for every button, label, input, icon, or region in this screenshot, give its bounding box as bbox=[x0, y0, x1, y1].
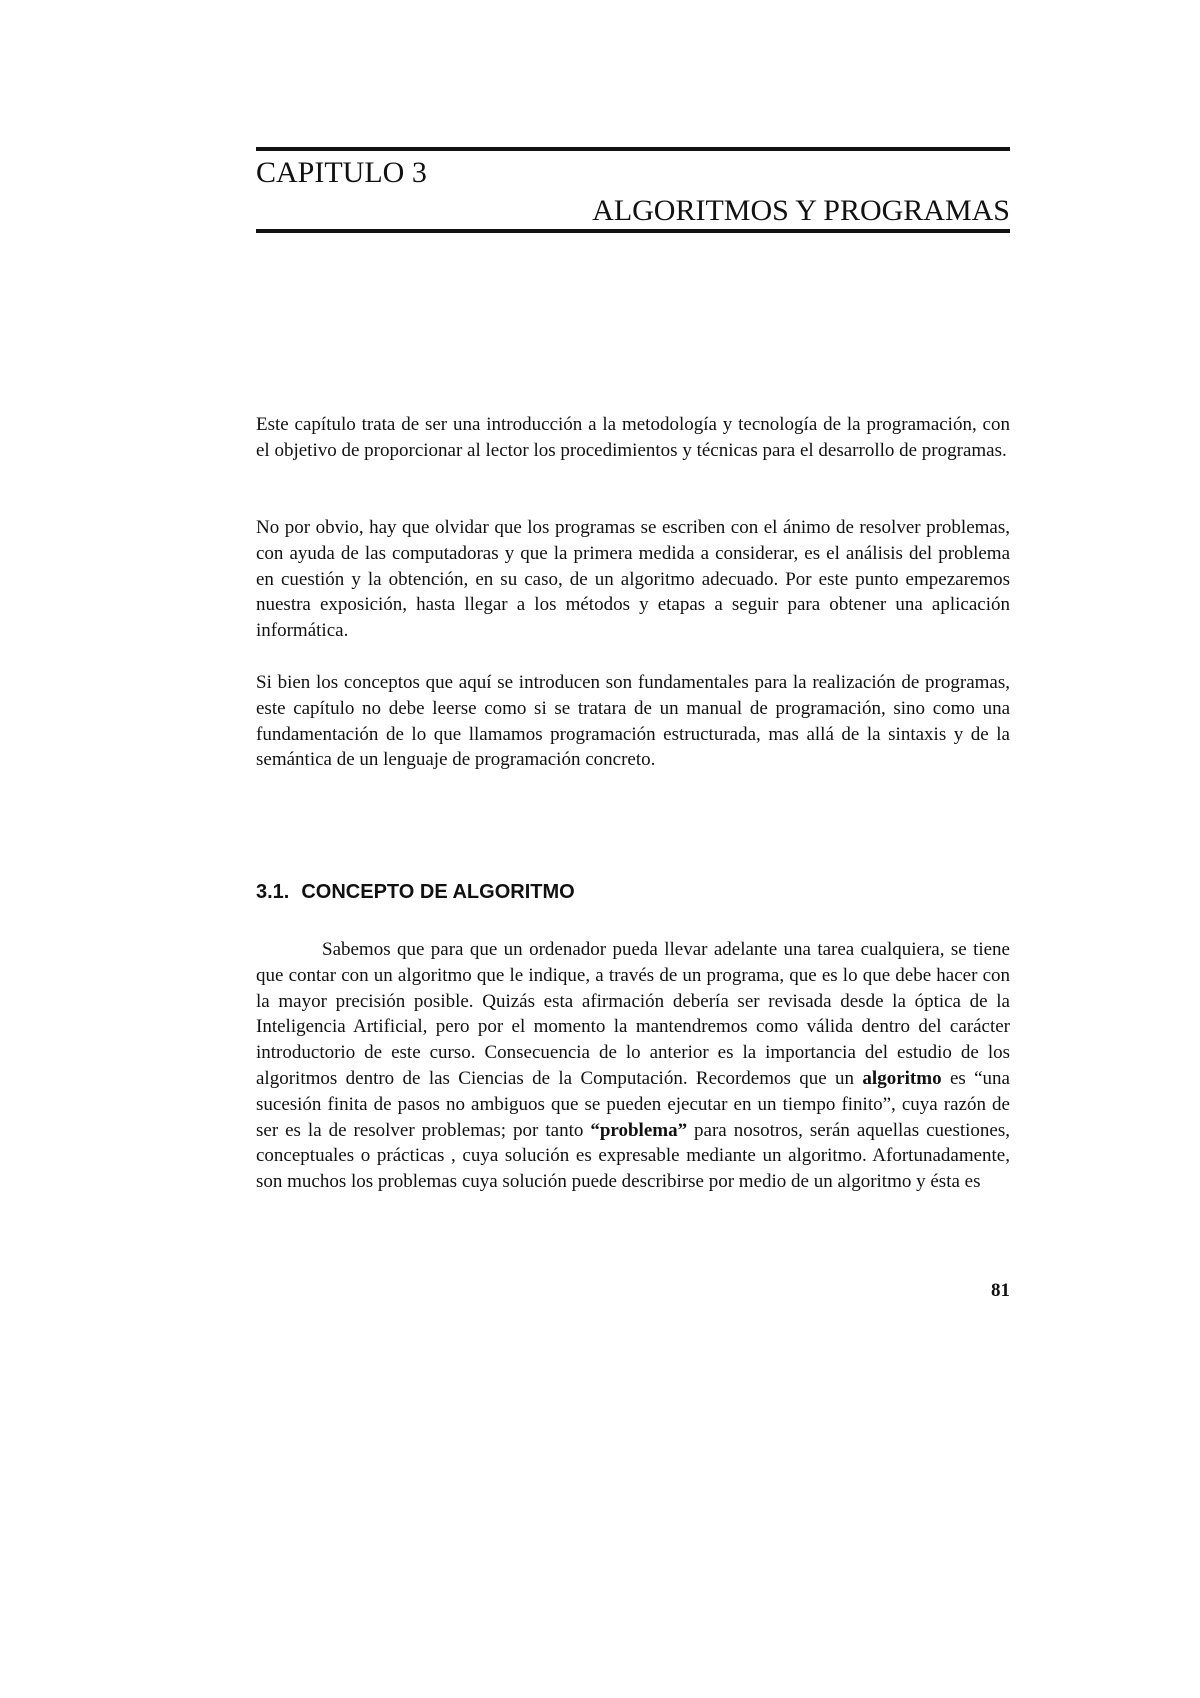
section-paragraph-1: Sabemos que para que un ordenador pueda … bbox=[256, 937, 1010, 1220]
header-bottom-rule bbox=[256, 229, 1010, 233]
intro-paragraph-3: Si bien los conceptos que aquí se introd… bbox=[256, 670, 1010, 798]
paragraph-text: Sabemos que para que un ordenador pueda … bbox=[256, 937, 1010, 1195]
bold-term-problema: “problema” bbox=[590, 1120, 687, 1141]
chapter-title: ALGORITMOS Y PROGRAMAS bbox=[592, 194, 1010, 228]
intro-paragraph-2: No por obvio, hay que olvidar que los pr… bbox=[256, 515, 1010, 669]
header-top-rule bbox=[256, 147, 1010, 151]
intro-paragraph-1: Este capítulo trata de ser una introducc… bbox=[256, 412, 1010, 489]
text-run: Sabemos que para que un ordenador pueda … bbox=[256, 939, 1010, 1089]
section-heading: 3.1.CONCEPTO DE ALGORITMO bbox=[256, 879, 575, 905]
bold-term-algoritmo: algoritmo bbox=[862, 1068, 941, 1089]
chapter-label: CAPITULO 3 bbox=[256, 156, 427, 190]
paragraph-text: Si bien los conceptos que aquí se introd… bbox=[256, 670, 1010, 773]
paragraph-text: Este capítulo trata de ser una introducc… bbox=[256, 412, 1010, 464]
paragraph-text: No por obvio, hay que olvidar que los pr… bbox=[256, 515, 1010, 644]
page-number: 81 bbox=[991, 1280, 1010, 1302]
section-title: CONCEPTO DE ALGORITMO bbox=[301, 881, 574, 903]
section-number: 3.1. bbox=[256, 881, 289, 903]
